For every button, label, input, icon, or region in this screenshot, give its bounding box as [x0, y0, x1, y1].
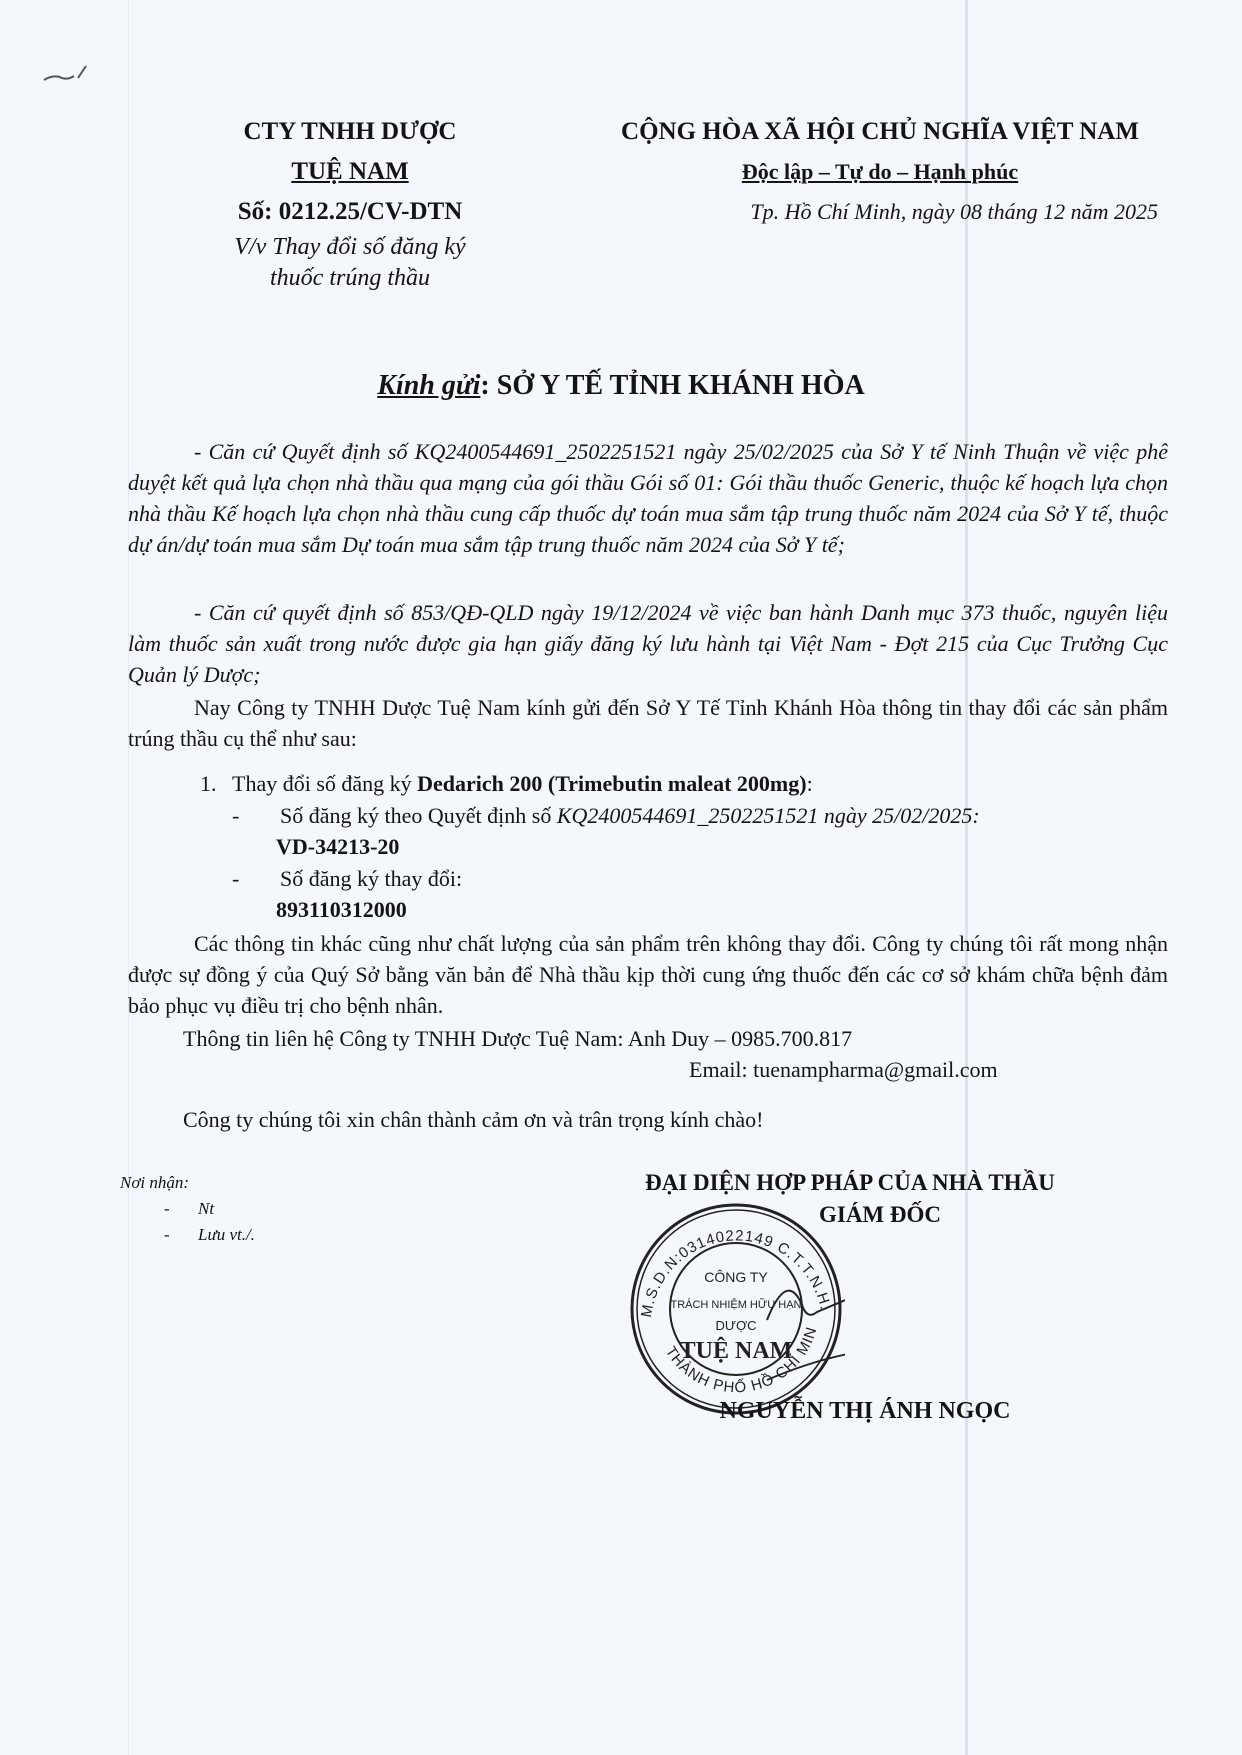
national-title: CỘNG HÒA XÃ HỘI CHỦ NGHĨA VIỆT NAM [600, 112, 1160, 152]
list-item: 1.Thay đổi số đăng ký Dedarich 200 (Trim… [200, 768, 1100, 800]
svg-text:TUỆ NAM: TUỆ NAM [680, 1338, 793, 1364]
company-name-2: TUỆ NAM [200, 152, 500, 192]
receivers-title: Nơi nhận: [120, 1170, 255, 1196]
motto: Độc lập – Tự do – Hạnh phúc [742, 159, 1018, 184]
product-name: Dedarich 200 (Trimebutin maleat 200mg) [417, 771, 806, 796]
recipient-label: Kính gửi [377, 370, 480, 401]
national-header: CỘNG HÒA XÃ HỘI CHỦ NGHĨA VIỆT NAM Độc l… [600, 112, 1160, 232]
receiver-item: -Lưu vt./. [120, 1222, 255, 1248]
scan-artifact [128, 0, 129, 1755]
issuer-header: CTY TNHH DƯỢC TUỆ NAM Số: 0212.25/CV-DTN… [200, 112, 500, 294]
recipient-name: : SỞ Y TẾ TỈNH KHÁNH HÒA [480, 370, 864, 401]
subject-line-2: thuốc trúng thầu [200, 263, 500, 294]
closing-line: Công ty chúng tôi xin chân thành cảm ơn … [183, 1107, 763, 1133]
signer-name: NGUYỄN THỊ ÁNH NGỌC [600, 1398, 1100, 1425]
receiver-item: -Nt [120, 1196, 255, 1222]
svg-text:CÔNG TY: CÔNG TY [704, 1269, 768, 1285]
old-registration-number: VD-34213-20 [200, 831, 1100, 863]
intro-paragraph: Nay Công ty TNHH Dược Tuệ Nam kính gửi đ… [128, 692, 1168, 754]
change-list: 1.Thay đổi số đăng ký Dedarich 200 (Trim… [200, 768, 1100, 926]
email-line: Email: tuenampharma@gmail.com [689, 1057, 998, 1083]
new-registration-number: 893110312000 [200, 894, 1100, 926]
svg-text:DƯỢC: DƯỢC [715, 1318, 756, 1333]
other-info-paragraph: Các thông tin khác cũng như chất lượng c… [128, 928, 1168, 1021]
company-seal: M.S.D.N:0314022149 C.T.T.N.H.H THÀNH PHỐ… [627, 1200, 845, 1418]
company-name: CTY TNHH DƯỢC [200, 112, 500, 152]
recipient-line: Kính gửi: SỞ Y TẾ TỈNH KHÁNH HÒA [0, 370, 1242, 402]
document-number: Số: 0212.25/CV-DTN [200, 192, 500, 232]
basis-2: - Căn cứ quyết định số 853/QĐ-QLD ngày 1… [128, 597, 1168, 690]
receivers-block: Nơi nhận: -Nt -Lưu vt./. [120, 1170, 255, 1248]
basis-1: - Căn cứ Quyết định số KQ2400544691_2502… [128, 436, 1168, 560]
place-date: Tp. Hồ Chí Minh, ngày 08 tháng 12 năm 20… [600, 192, 1160, 232]
pen-mark [40, 62, 100, 84]
contact-line: Thông tin liên hệ Công ty TNHH Dược Tuệ … [183, 1023, 852, 1054]
signature-title: ĐẠI DIỆN HỢP PHÁP CỦA NHÀ THẦU [600, 1167, 1100, 1199]
svg-text:TRÁCH NHIỆM HỮU HẠN: TRÁCH NHIỆM HỮU HẠN [670, 1298, 801, 1311]
subject-line-1: V/v Thay đổi số đăng ký [200, 232, 500, 263]
